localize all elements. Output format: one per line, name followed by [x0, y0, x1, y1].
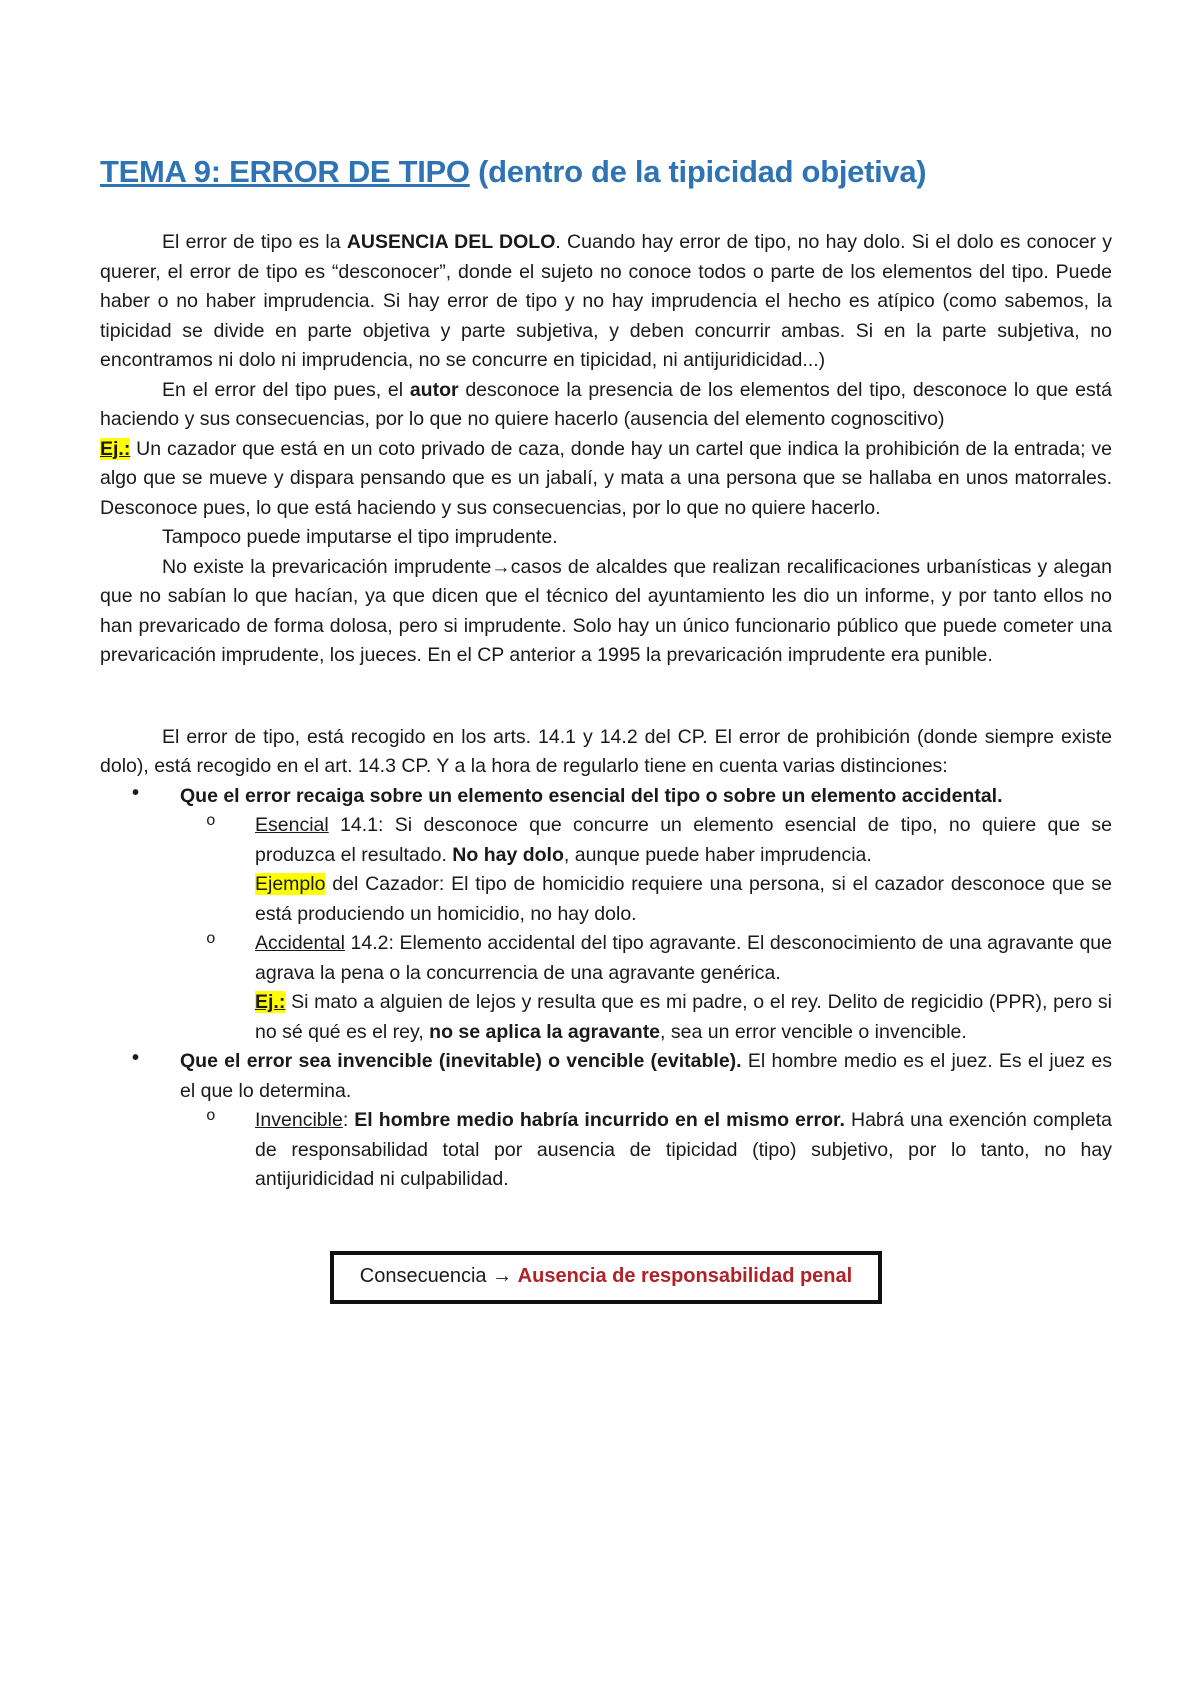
text-run: Tampoco puede imputarse el tipo impruden…	[162, 526, 558, 548]
text-run: Consecuencia →	[360, 1265, 518, 1287]
text-run: En el error del tipo pues, el	[162, 379, 410, 401]
paragraph-intro: El error de tipo es la AUSENCIA DEL DOLO…	[100, 228, 1112, 376]
paragraph-prevaricacion: No existe la prevaricación imprudente→ca…	[100, 553, 1112, 671]
text-run: AUSENCIA DEL DOLO	[347, 231, 556, 253]
text-run: no se aplica la agravante	[429, 1021, 660, 1043]
text-run: Ej.:	[100, 438, 130, 460]
text-run: :	[343, 1109, 354, 1131]
text-run: Invencible	[255, 1109, 343, 1131]
text-run: El error de tipo es la	[162, 231, 347, 253]
text-run: Que el error recaiga sobre un elemento e…	[180, 785, 1003, 807]
list-item-heading: Que el error sea invencible (inevitable)…	[180, 1047, 1112, 1106]
text-run: No hay dolo	[452, 844, 564, 866]
text-run: Esencial	[255, 814, 329, 836]
text-run: Que el error sea invencible (inevitable)…	[180, 1050, 742, 1072]
paragraph-ejemplo-cazador: Ej.: Un cazador que está en un coto priv…	[100, 435, 1112, 524]
page-title: TEMA 9: ERROR DE TIPO (dentro de la tipi…	[100, 150, 940, 194]
text-run: No existe la prevaricación imprudente→ca…	[100, 556, 1112, 667]
text-run: Ejemplo	[255, 873, 325, 895]
page-title-underlined: TEMA 9: ERROR DE TIPO	[100, 154, 470, 189]
text-run: Accidental	[255, 932, 345, 954]
paragraph-autor: En el error del tipo pues, el autor desc…	[100, 376, 1112, 435]
text-run: del Cazador: El tipo de homicidio requie…	[255, 873, 1112, 925]
sublist-item-accidental: Accidental 14.2: Elemento accidental del…	[100, 929, 1112, 1047]
consequence-row: Consecuencia → Ausencia de responsabilid…	[100, 1251, 1112, 1304]
page-title-rest: (dentro de la tipicidad objetiva)	[470, 154, 927, 189]
paragraph-tampoco: Tampoco puede imputarse el tipo impruden…	[100, 523, 1112, 553]
text-run: , aunque puede haber imprudencia.	[564, 844, 872, 866]
text-run: El error de tipo, está recogido en los a…	[100, 726, 1112, 778]
text-run: Un cazador que está en un coto privado d…	[100, 438, 1112, 519]
consequence-box: Consecuencia → Ausencia de responsabilid…	[330, 1251, 882, 1304]
text-run: autor	[410, 379, 459, 401]
sublist-paragraph: Accidental 14.2: Elemento accidental del…	[255, 929, 1112, 988]
text-run: Ej.:	[255, 991, 285, 1013]
document-content: TEMA 9: ERROR DE TIPO (dentro de la tipi…	[100, 150, 1112, 1304]
sublist-paragraph-ej-rey: Ej.: Si mato a alguien de lejos y result…	[255, 988, 1112, 1047]
sublist-paragraph-ejemplo: Ejemplo del Cazador: El tipo de homicidi…	[255, 870, 1112, 929]
text-run: 14.2: Elemento accidental del tipo agrav…	[255, 932, 1112, 984]
paragraph-articulos: El error de tipo, está recogido en los a…	[100, 723, 1112, 782]
list-item-invencible-vencible: Que el error sea invencible (inevitable)…	[100, 1047, 1112, 1106]
list-item-heading: Que el error recaiga sobre un elemento e…	[180, 782, 1112, 812]
text-run: , sea un error vencible o invencible.	[660, 1021, 967, 1043]
text-run: Ausencia de responsabilidad penal	[518, 1265, 853, 1287]
sublist-item-esencial: Esencial 14.1: Si desconoce que concurre…	[100, 811, 1112, 929]
text-run: El hombre medio habría incurrido en el m…	[354, 1109, 845, 1131]
sublist-paragraph: Esencial 14.1: Si desconoce que concurre…	[255, 811, 1112, 870]
sublist-paragraph: Invencible: El hombre medio habría incur…	[255, 1106, 1112, 1195]
document-page: TEMA 9: ERROR DE TIPO (dentro de la tipi…	[0, 0, 1200, 1698]
list-item-elemento-esencial: Que el error recaiga sobre un elemento e…	[100, 782, 1112, 812]
sublist-item-invencible: Invencible: El hombre medio habría incur…	[100, 1106, 1112, 1195]
